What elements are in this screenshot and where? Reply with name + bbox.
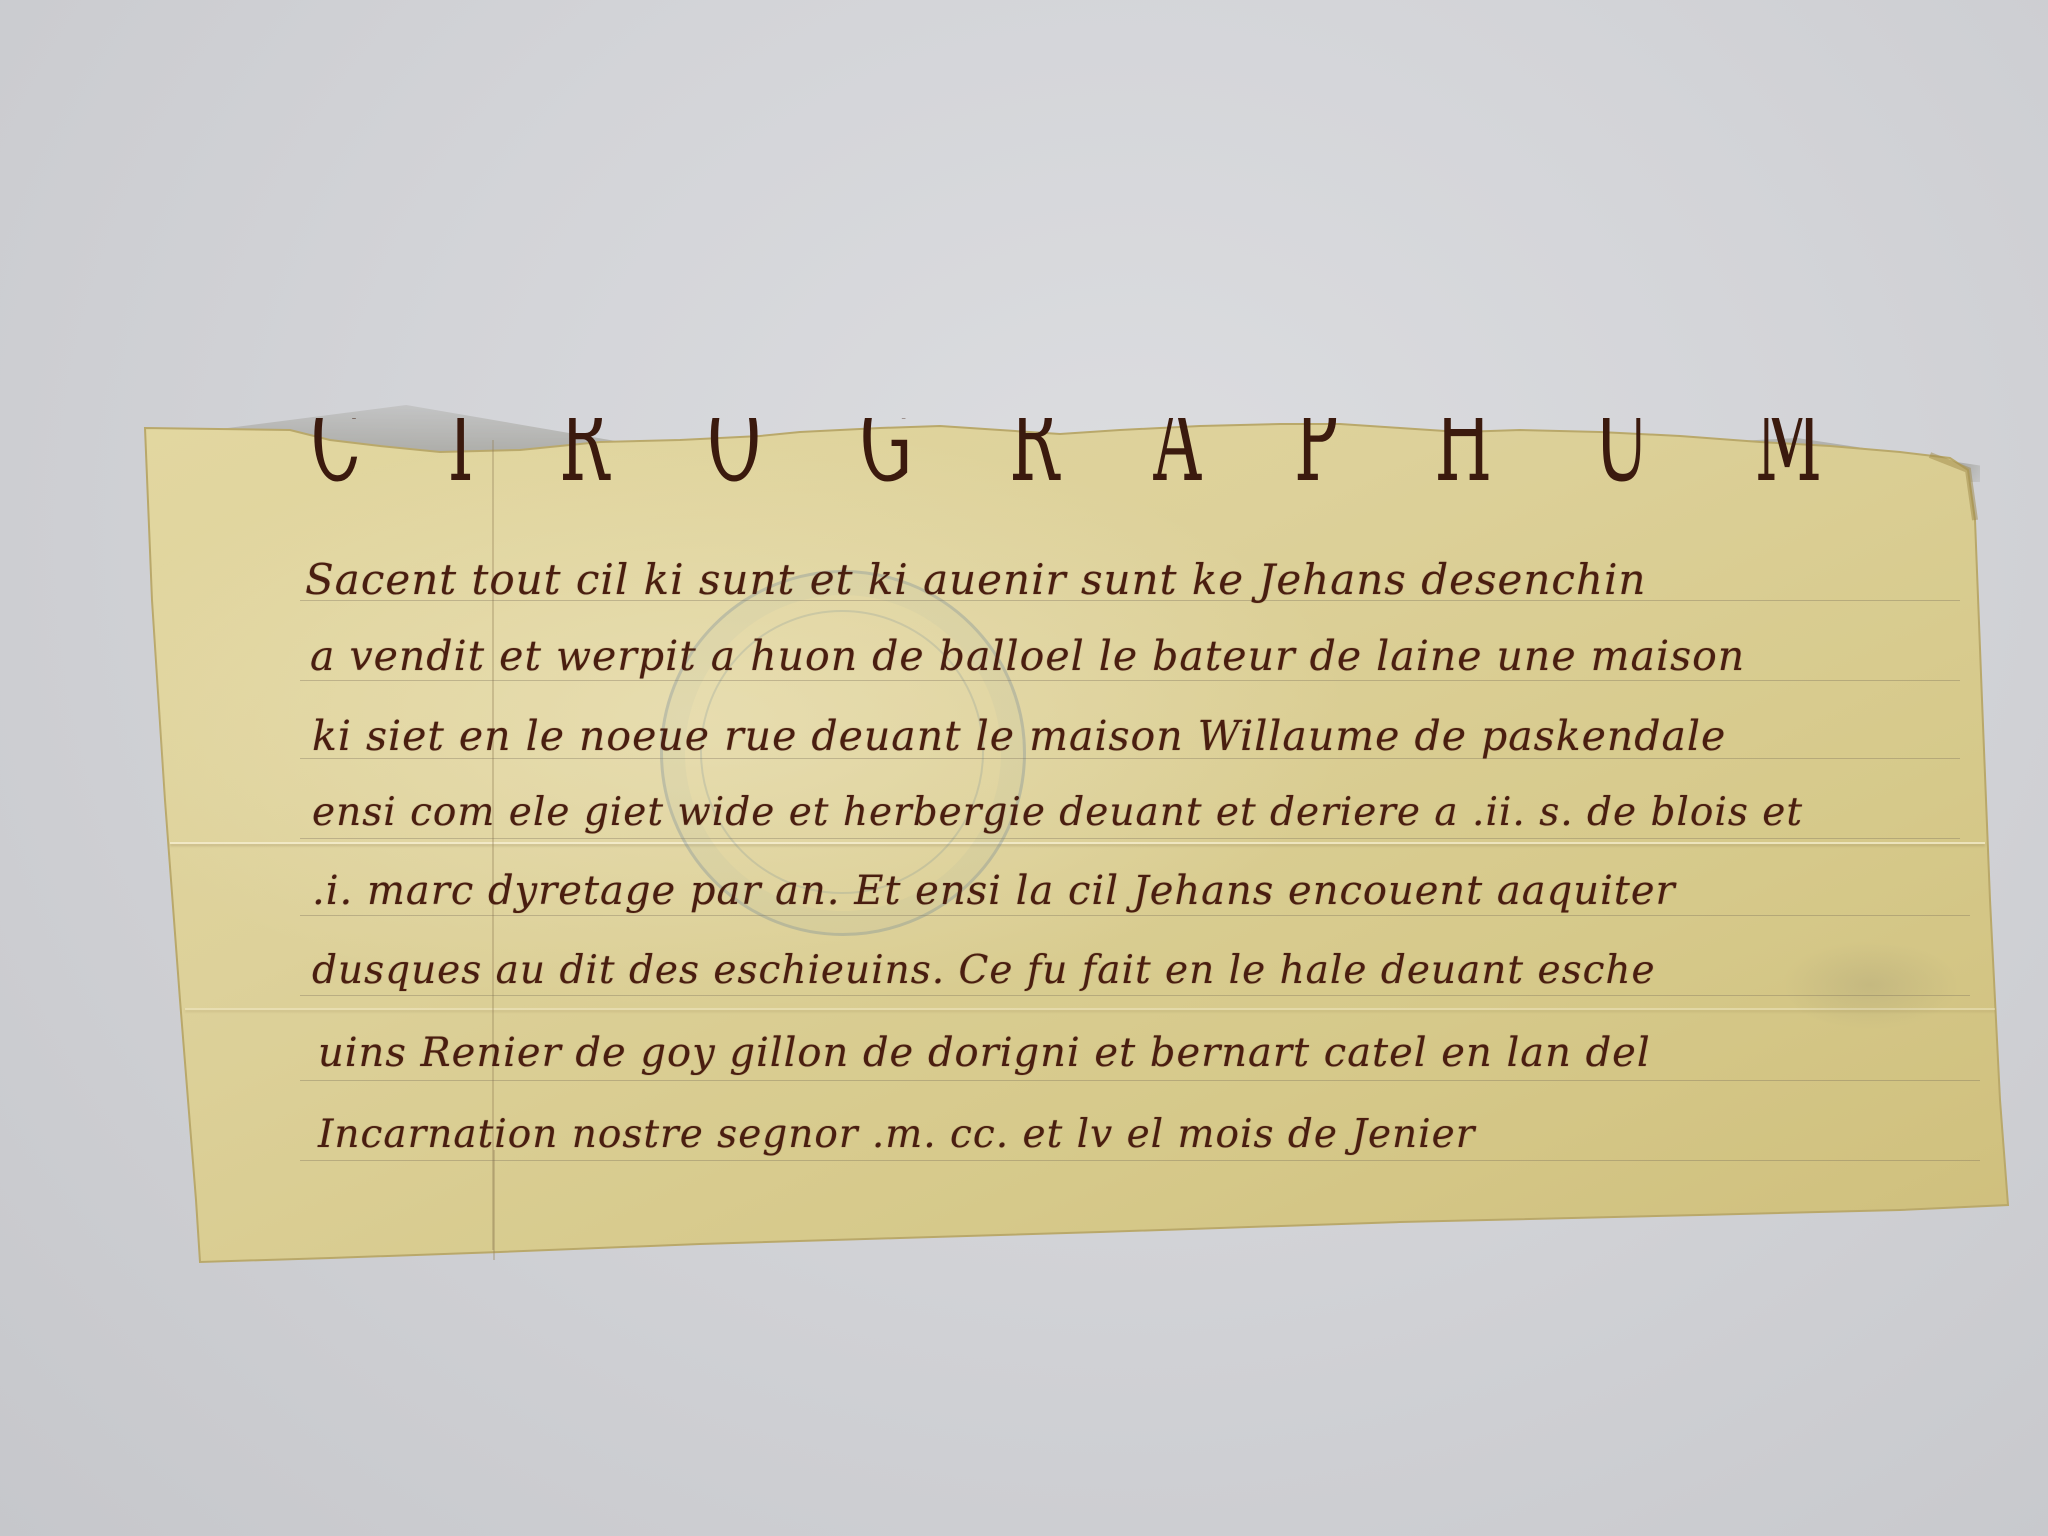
chirograph-letter: H [1435,418,1493,500]
charter-line-6: dusques au dit des eschieuins. Ce fu fai… [312,948,1656,993]
charter-line-2: a vendit et werpit a huon de balloel le … [310,632,1745,680]
charter-text: C I R O G R A P H U M Sacent tout cil ki… [0,0,2048,1536]
chirograph-letter: I [447,418,473,500]
chirograph-letter: C [311,418,362,500]
charter-line-8: Incarnation nostre segnor .m. cc. et lv … [318,1112,1475,1157]
chirograph-letter: U [1594,418,1650,500]
chirograph-letter: G [859,418,912,500]
charter-line-3: ki siet en le noeue rue deuant le maison… [312,712,1726,760]
chirograph-letter: R [1009,418,1059,500]
charter-line-7: uins Renier de goy gillon de dorigni et … [318,1030,1651,1076]
chirograph-header: C I R O G R A P H U M [290,418,1850,548]
chirograph-letter: M [1755,418,1823,500]
chirograph-letter: A [1154,418,1202,500]
charter-line-4: ensi com ele giet wide et herbergie deua… [312,790,1803,835]
charter-line-1: Sacent tout cil ki sunt et ki auenir sun… [305,555,1646,604]
chirograph-letter: R [560,418,610,500]
chirograph-letter: P [1294,418,1338,500]
charter-line-5: .i. marc dyretage par an. Et ensi la cil… [312,868,1676,914]
chirograph-letter: O [707,418,761,500]
